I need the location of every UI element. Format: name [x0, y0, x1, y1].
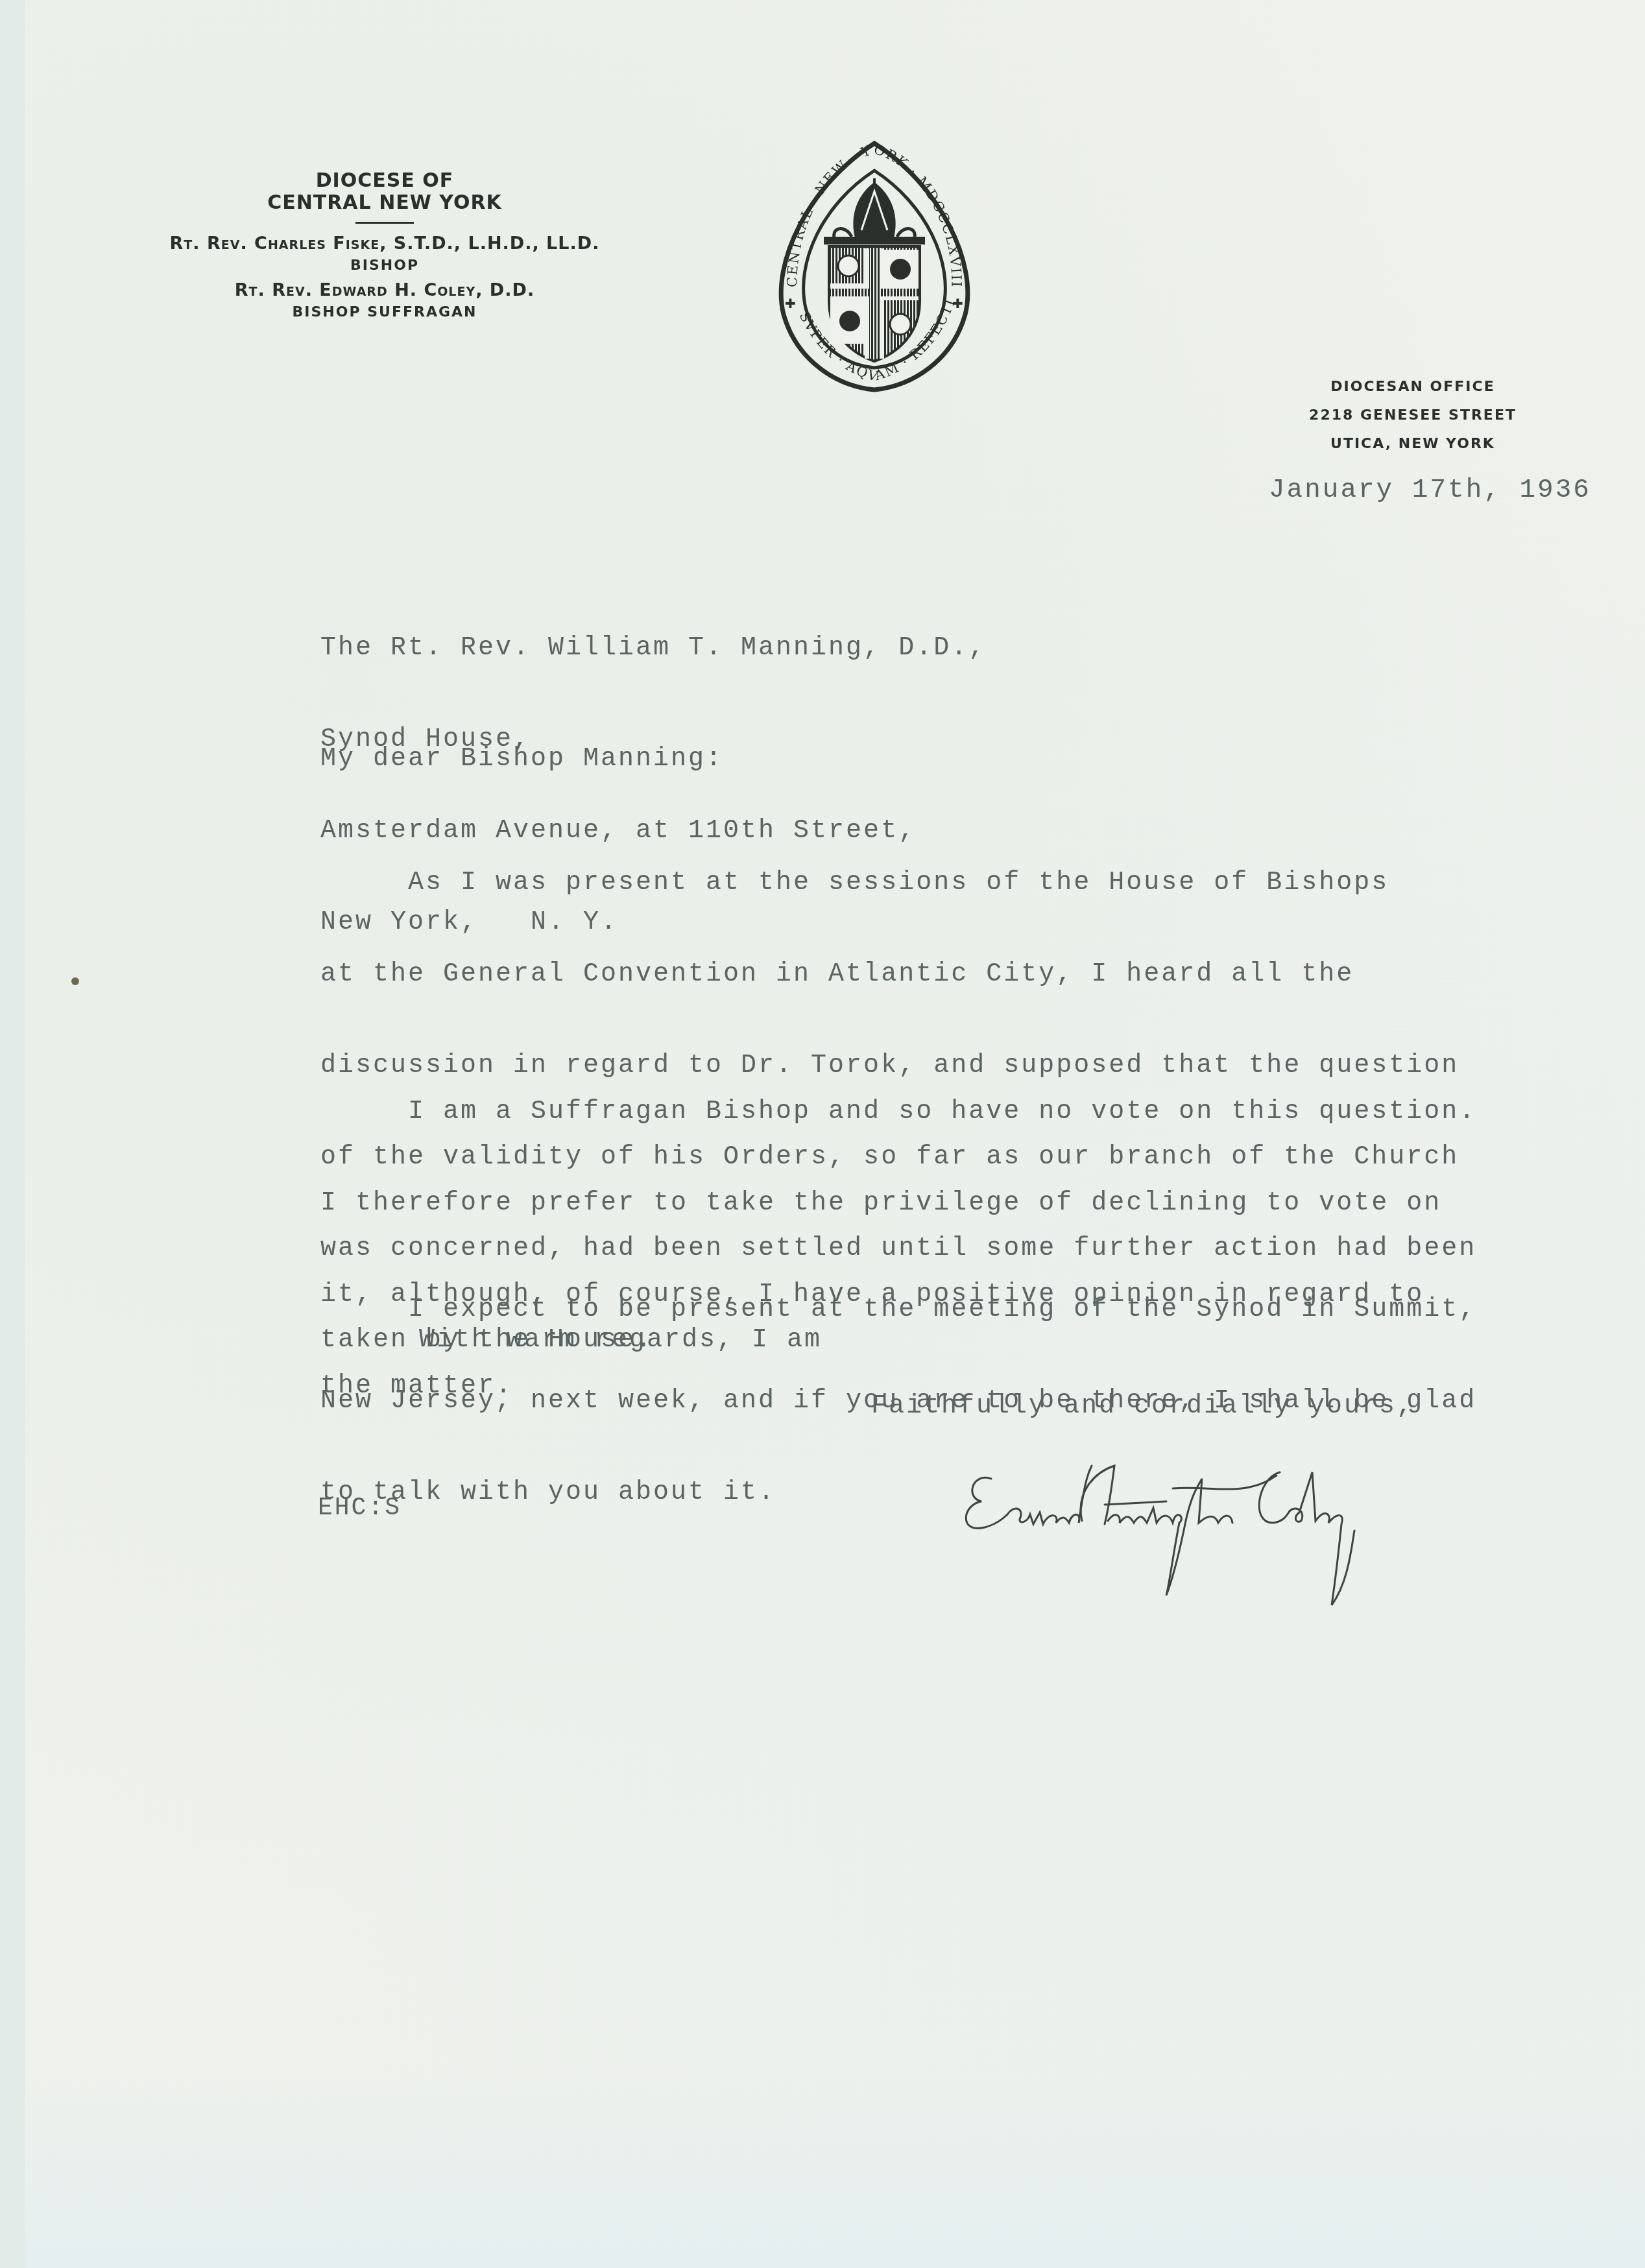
suffragan-name: Rt. Rev. Edward H. Coley, D.D. — [109, 280, 660, 302]
text-line: at the General Convention in Atlantic Ci… — [320, 959, 1476, 990]
bishop-name: Rt. Rev. Charles Fiske, S.T.D., L.H.D., … — [109, 233, 660, 255]
svg-text:✚: ✚ — [785, 296, 796, 311]
office-street: 2218 GENESEE STREET — [1277, 401, 1549, 430]
office-name: DIOCESAN OFFICE — [1277, 373, 1549, 401]
letterhead-office: DIOCESAN OFFICE 2218 GENESEE STREET UTIC… — [1277, 373, 1549, 459]
text-line: I therefore prefer to take the privilege… — [320, 1188, 1476, 1219]
diocesan-seal-icon: CENTRAL · NEW · YORK · MDCCCLXVIII SVPER… — [771, 139, 978, 392]
bishop-title: BISHOP — [109, 255, 660, 277]
signature-icon — [952, 1453, 1523, 1608]
letterhead-divider — [355, 222, 414, 224]
letterhead-left: DIOCESE OF CENTRAL NEW YORK Rt. Rev. Cha… — [109, 170, 660, 326]
letter-page: DIOCESE OF CENTRAL NEW YORK Rt. Rev. Cha… — [25, 0, 1645, 2268]
letter-date: January 17th, 1936 — [1269, 475, 1591, 505]
svg-text:✚: ✚ — [952, 296, 963, 311]
paper-tint — [25, 2073, 1645, 2268]
text-line: As I was present at the sessions of the … — [320, 868, 1476, 898]
diocese-name-line2: CENTRAL NEW YORK — [109, 192, 660, 214]
reference-initials: EHC:S — [318, 1494, 402, 1522]
salutation: My dear Bishop Manning: — [320, 745, 723, 774]
suffragan-title: BISHOP SUFFRAGAN — [109, 302, 660, 324]
complimentary-close: Faithfully and cordially yours, — [871, 1392, 1414, 1421]
address-line: The Rt. Rev. William T. Manning, D.D., — [320, 633, 986, 663]
paper-speck — [71, 977, 79, 985]
warm-regards: With warm regards, I am — [419, 1326, 822, 1355]
text-line: I expect to be present at the meeting of… — [320, 1295, 1476, 1325]
office-city: UTICA, NEW YORK — [1277, 430, 1549, 459]
text-line: I am a Suffragan Bishop and so have no v… — [320, 1097, 1476, 1127]
diocese-name-line1: DIOCESE OF — [109, 170, 660, 192]
